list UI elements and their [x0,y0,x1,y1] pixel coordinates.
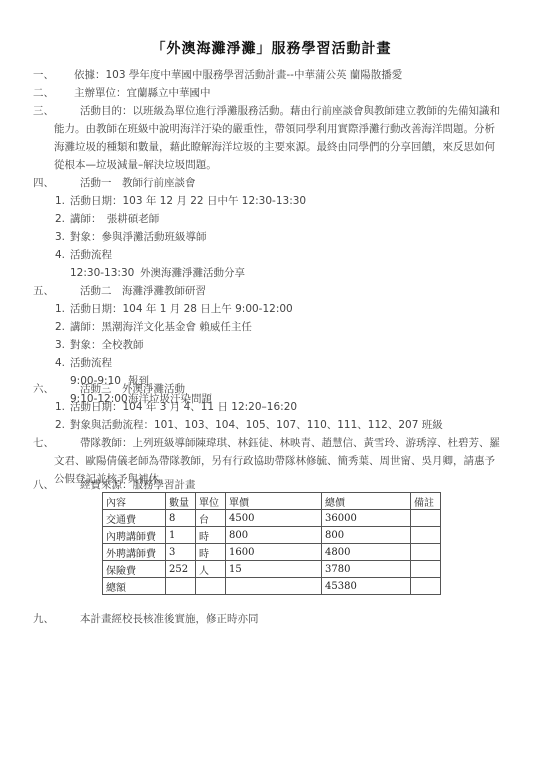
section-number: 八、 [33,476,54,494]
section-text-continued: 從根本—垃圾減量–解決垃圾問題。 [54,156,217,174]
table-row: 保險費252人153780 [103,561,441,578]
table-header: 單位 [196,493,226,510]
section-number: 一、 [33,66,54,84]
section-text: 活動二 海灘淨灘教師研習 [80,282,206,300]
table-row: 交通費8台450036000 [103,510,441,527]
table-row: 內聘講師費1時800800 [103,527,441,544]
section-text: 活動一 教師行前座談會 [80,174,196,192]
table-header: 內容 [103,493,166,510]
section-number: 二、 [33,84,54,102]
section-text: 主辦單位：宜蘭縣立中華國中 [74,84,211,102]
section-text: 本計畫經校長核准後實施，修正時亦同 [80,610,259,628]
section-text: 依據：103 學年度中華國中服務學習活動計畫--中華蒲公英 蘭陽散播愛 [74,66,402,84]
table-header: 總價 [322,493,411,510]
section-text-continued: 文君、歐陽倩儀老師為帶隊教師，另有行政協助帶隊林修毓、簡秀葉、周世甯、吳月卿，請… [54,452,495,470]
section-number: 九、 [33,610,54,628]
table-header: 數量 [166,493,196,510]
section-number: 四、 [33,174,54,192]
table-header-row: 內容 數量 單位 單價 總價 備註 [103,493,441,510]
table-row: 外聘講師費3時16004800 [103,544,441,561]
section-number: 三、 [33,102,54,120]
table-header: 單價 [226,493,322,510]
section-text: 活動三 外澳淨灘活動 [80,380,185,398]
table-header: 備註 [411,493,441,510]
document-title: 「外澳海灘淨灘」服務學習活動計畫 [0,38,543,58]
section-number: 六、 [33,380,54,398]
section-number: 七、 [33,434,54,452]
budget-table: 內容 數量 單位 單價 總價 備註 交通費8台450036000 內聘講師費1時… [102,492,441,595]
section-text-continued: 能力。由教師在班級中說明海洋汙染的嚴重性，帶領同學利用實際淨灘行動改善海洋問題。… [54,120,495,138]
section-text: 帶隊教師：上列班級導師陳瑋琪、林鈺徒、林映青、趙慧信、黃雪玲、游琇淳、杜碧芳、羅 [80,434,500,452]
section-text-continued: 海灘垃圾的種類和數量，藉此瞭解海洋垃圾的主要來源。最終由同學們的分享回饋，來反思… [54,138,495,156]
section-number: 五、 [33,282,54,300]
table-total-row: 總額45380 [103,578,441,595]
section-text: 活動目的：以班級為單位進行淨灘服務活動。藉由行前座談會與教師建立教師的先備知識和 [80,102,500,120]
